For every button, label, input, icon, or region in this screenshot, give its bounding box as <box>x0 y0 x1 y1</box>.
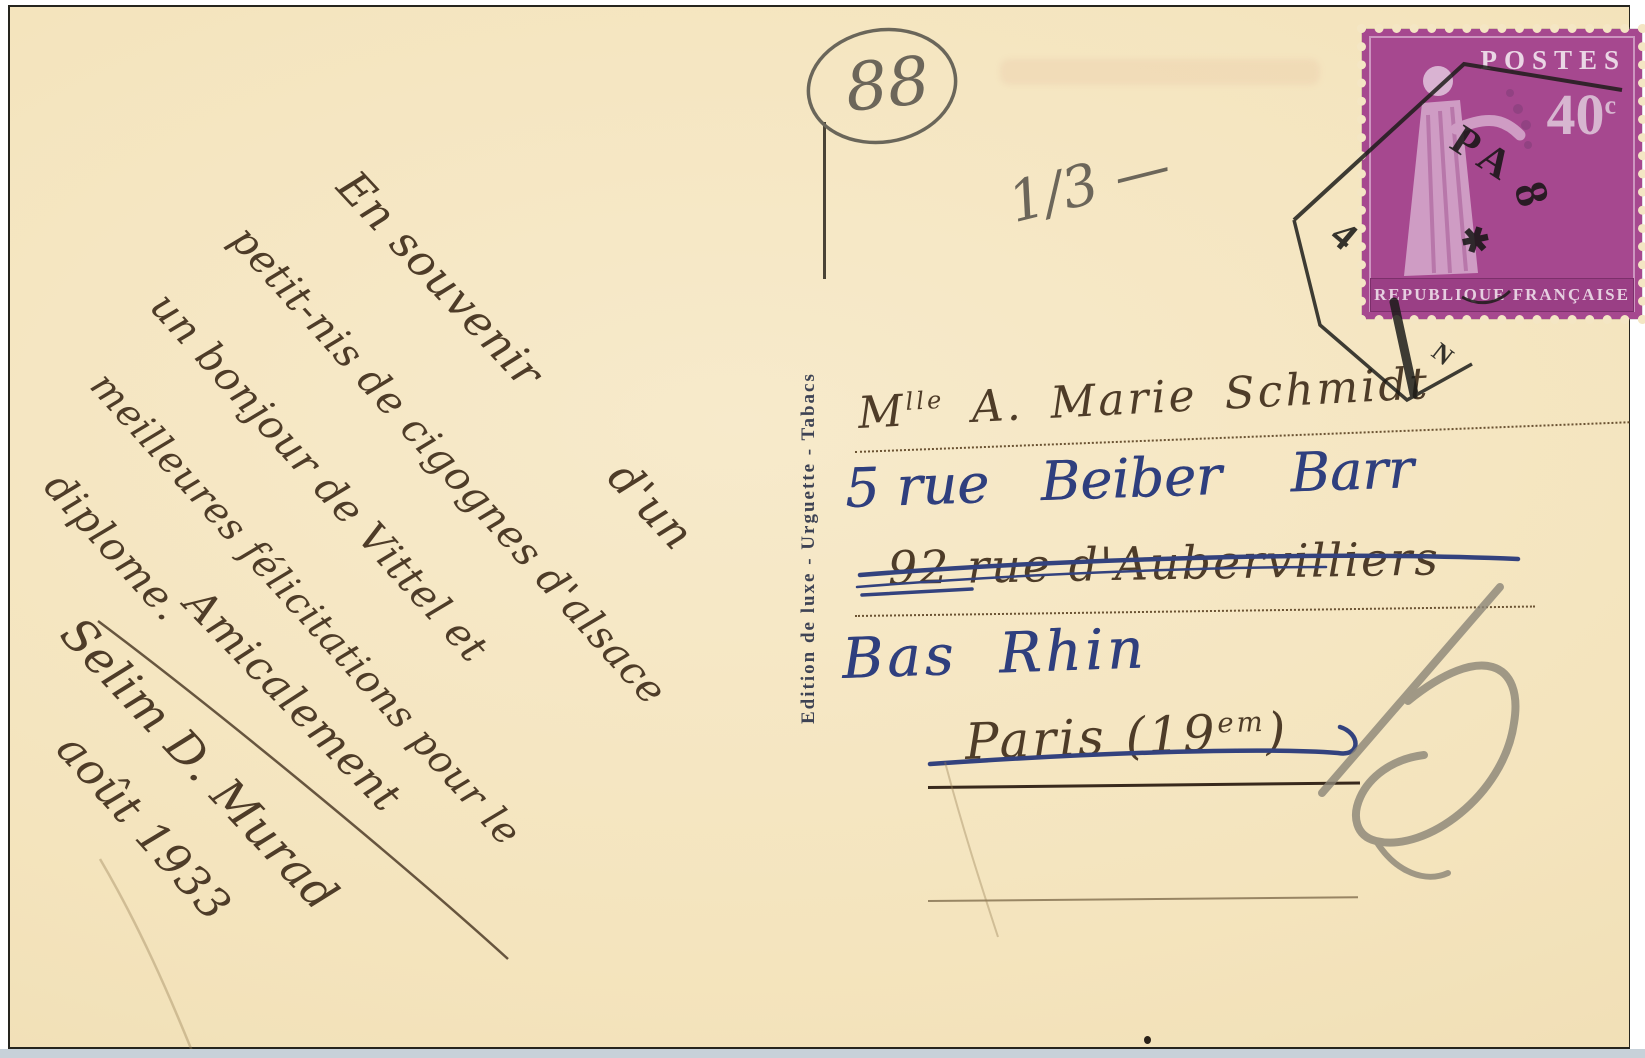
publisher-imprint: Edition de luxe - Urguette - Tabacs <box>798 292 832 804</box>
recipient-line: Mlle A. Marie Schmidt <box>857 362 1431 436</box>
address-department: Bas Rhin <box>841 621 1148 688</box>
recipient-name: A. Marie Schmidt <box>943 358 1431 434</box>
address-rule-3 <box>928 781 1360 789</box>
recipient-title-sup: lle <box>905 386 945 416</box>
scan-edge-strip <box>0 1049 1645 1058</box>
address-rule-4 <box>928 896 1358 902</box>
recipient-title: M <box>857 386 908 439</box>
ink-dot <box>1144 1036 1151 1044</box>
stamp-value-unit: c <box>1604 91 1616 120</box>
city-text: Paris (19 <box>964 704 1219 771</box>
catalog-number-text: 88 <box>842 42 934 127</box>
message-line-5: diplome. <box>37 466 189 629</box>
address-street-new: 5 rue Beiber Barr <box>844 442 1415 516</box>
postmark-small-letter: N <box>1426 337 1459 372</box>
postage-stamp: POSTES 40c REPUBLIQUE FRANÇAISE <box>1362 29 1642 319</box>
imprint-rule <box>823 122 826 279</box>
address-street-old: 92 rue d'Aubervilliers <box>888 535 1441 591</box>
stamp-denomination: 40c <box>1546 81 1616 148</box>
postcard-back: Edition de luxe - Urguette - Tabacs En s… <box>8 5 1630 1049</box>
peace-allegory-figure <box>1376 45 1536 290</box>
address-city-old: Paris (19em) <box>964 706 1289 767</box>
postmark-digit-left: 4 <box>1322 211 1366 258</box>
stamp-country-banner: REPUBLIQUE FRANÇAISE <box>1370 278 1634 312</box>
city-sup: em <box>1217 706 1266 740</box>
pencil-scribble <box>1322 587 1515 877</box>
ink-bleed-smudge <box>1000 59 1320 85</box>
stamp-postes-label: POSTES <box>1480 45 1626 76</box>
stamp-value-number: 40 <box>1546 82 1604 147</box>
city-close: ) <box>1265 702 1290 761</box>
pencil-fraction-note: 1/3 — <box>1003 138 1176 232</box>
address-rule-2 <box>855 606 1535 617</box>
